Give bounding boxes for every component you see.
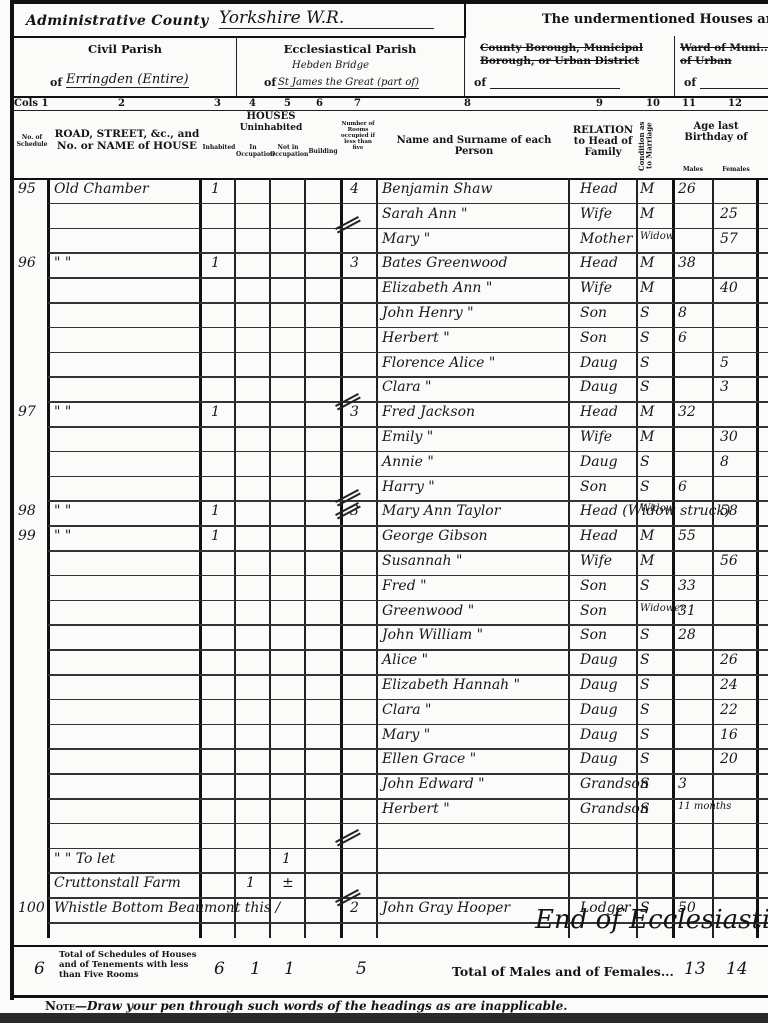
male-age-cell: 26 (678, 181, 696, 197)
col-num: Cols 1 (14, 98, 49, 109)
row-line (48, 674, 768, 676)
row-line (48, 352, 768, 354)
condition-cell: S (640, 305, 650, 321)
schedule-cell: 98 (18, 503, 36, 519)
totals-row: 6 Total of Schedules of Houses and of Te… (14, 945, 768, 998)
row-line (48, 872, 768, 874)
condition-cell: M (640, 553, 654, 569)
relation-cell: Son (580, 578, 607, 594)
schedule-cell: 95 (18, 181, 36, 197)
female-age-cell: 56 (720, 553, 738, 569)
name-cell: Elizabeth Ann " (382, 280, 492, 296)
address-cell: " " (54, 528, 71, 544)
eccl-parish-label: Ecclesiastical Parish (236, 42, 464, 56)
condition-cell: M (640, 280, 654, 296)
condition-cell: M (640, 528, 654, 544)
relation-cell: Daug (580, 702, 618, 718)
rooms-cell: 3 (350, 255, 359, 271)
row-line (48, 575, 768, 577)
condition-cell: S (640, 727, 650, 743)
relation-cell: Wife (580, 429, 612, 445)
eccl-parish-value-2: St James the Great (part of) (278, 77, 419, 89)
row-line (48, 773, 768, 775)
address-cell: Cruttonstall Farm (54, 875, 181, 891)
condition-cell: S (640, 627, 650, 643)
address-cell: " " (54, 255, 71, 271)
row-line (48, 277, 768, 279)
col-num: 7 (354, 98, 361, 109)
relation-cell: Son (580, 330, 607, 346)
condition-cell: M (640, 255, 654, 271)
page-bottom-edge (0, 1013, 768, 1023)
inhabited-cell: 1 (211, 181, 220, 197)
schedule-cell: 96 (18, 255, 36, 271)
address-cell: " " (54, 503, 71, 519)
condition-cell: S (640, 652, 650, 668)
row-line (48, 600, 768, 602)
name-cell: Benjamin Shaw (382, 181, 492, 197)
road-heading: ROAD, STREET, &c., and No. or NAME of HO… (52, 129, 202, 152)
name-cell: Herbert " (382, 801, 450, 817)
admin-county-value: Yorkshire W.R. (219, 8, 434, 29)
tally-mark-icon (335, 829, 359, 843)
condition-cell: Widow (640, 231, 674, 242)
relation-cell: Head (580, 528, 618, 544)
name-cell: Fred Jackson (382, 404, 475, 420)
relation-cell: Daug (580, 355, 618, 371)
condition-cell: M (640, 181, 654, 197)
col-num: 10 (646, 98, 660, 109)
col-num: 8 (464, 98, 471, 109)
eccl-parish-value-1: Hebden Bridge (292, 60, 369, 71)
ward-value (700, 76, 768, 89)
female-age-cell: 3 (720, 379, 729, 395)
address-cell: Old Chamber (54, 181, 149, 197)
row-line (48, 748, 768, 750)
name-cell: Emily " (382, 429, 433, 445)
name-cell: Mary Ann Taylor (382, 503, 500, 519)
schedule-cell: 97 (18, 404, 36, 420)
row-line (48, 550, 768, 552)
relation-cell: Son (580, 627, 607, 643)
in-occupation-heading: In Occupation (236, 145, 270, 158)
census-page: Administrative County Yorkshire W.R. The… (0, 0, 768, 1023)
address-cell: " " To let (54, 851, 115, 867)
admin-county-label: Administrative County (26, 13, 209, 29)
males-heading: Males (674, 167, 712, 174)
row-line (48, 823, 768, 825)
name-cell: Alice " (382, 652, 428, 668)
relation-cell: Daug (580, 727, 618, 743)
col-num: 5 (284, 98, 291, 109)
of-prefix: of (264, 76, 276, 89)
name-cell: Susannah " (382, 553, 462, 569)
row-line (48, 451, 768, 453)
condition-cell: S (640, 578, 650, 594)
female-age-cell: 16 (720, 727, 738, 743)
name-cell: John Henry " (382, 305, 474, 321)
total-inhabited: 6 (214, 959, 225, 979)
row-line (48, 426, 768, 428)
footer-note: Note—Draw your pen through such words of… (45, 999, 567, 1013)
uninhabited-heading: Uninhabited (236, 124, 306, 134)
relation-cell: Son (580, 305, 607, 321)
female-age-cell: 40 (720, 280, 738, 296)
name-cell: Greenwood " (382, 603, 474, 619)
relation-cell: Head (580, 404, 618, 420)
rooms-cell: 2 (350, 900, 359, 916)
col-num: 9 (596, 98, 603, 109)
col-num: 11 (682, 98, 696, 109)
total-in-occupation: 1 (250, 959, 261, 979)
ward-cell: Ward of Muni... or of Urban of (674, 36, 768, 96)
building-heading: Building (306, 149, 340, 156)
male-age-cell: 32 (678, 404, 696, 420)
not-in-occupation-heading: Not in Occupation (270, 145, 306, 158)
name-cell: John Edward " (382, 776, 485, 792)
civil-parish-label: Civil Parish (14, 42, 236, 56)
schedule-heading: No. of Schedule (14, 135, 50, 148)
total-schedules: 6 (34, 959, 45, 979)
total-males: 13 (684, 959, 706, 979)
female-age-cell: 24 (720, 677, 738, 693)
relation-cell: Wife (580, 553, 612, 569)
col-num: 12 (728, 98, 742, 109)
female-age-cell: 25 (720, 206, 738, 222)
schedule-cell: 100 (18, 900, 45, 916)
name-cell: Mary " (382, 231, 430, 247)
age-heading: Age last Birthday of (674, 121, 758, 143)
name-cell: John Gray Hooper (382, 900, 510, 916)
relation-cell: Daug (580, 652, 618, 668)
female-age-cell: 5 (720, 355, 729, 371)
male-age-cell: 6 (678, 330, 687, 346)
of-prefix: of (684, 76, 696, 89)
name-cell: Bates Greenwood (382, 255, 507, 271)
relation-cell: Grandson (580, 776, 649, 792)
female-age-cell: 22 (720, 702, 738, 718)
borough-label: County Borough, Municipal Borough, or Ur… (480, 42, 655, 68)
row-line (48, 897, 768, 899)
of-prefix: of (50, 76, 62, 89)
column-numbers: Cols 1 2 3 4 5 6 7 8 9 10 11 12 (14, 98, 768, 111)
relation-cell: Head (580, 255, 618, 271)
relation-cell: Wife (580, 280, 612, 296)
row-line (48, 848, 768, 850)
census-table: 95Old Chamber14Benjamin ShawHeadM26Sarah… (14, 178, 768, 938)
name-cell: Clara " (382, 379, 431, 395)
total-rooms: 5 (356, 959, 367, 979)
relation-cell: Daug (580, 751, 618, 767)
condition-cell: S (640, 479, 650, 495)
inhabited-cell: 1 (211, 255, 220, 271)
relation-cell: Daug (580, 677, 618, 693)
name-cell: Elizabeth Hannah " (382, 677, 520, 693)
row-line (48, 624, 768, 626)
female-age-cell: 30 (720, 429, 738, 445)
total-males-females-label: Total of Males and of Females... (452, 964, 674, 979)
name-cell: Florence Alice " (382, 355, 495, 371)
condition-cell: S (640, 702, 650, 718)
name-cell: Clara " (382, 702, 431, 718)
condition-cell: Widow (640, 503, 674, 514)
row-line (48, 649, 768, 651)
condition-cell: S (640, 677, 650, 693)
rooms-heading: Number of Rooms occupied if less than fi… (340, 121, 376, 151)
address-cell: " " (54, 404, 71, 420)
address-cell: Whistle Bottom Beaumont this / (54, 900, 280, 916)
name-cell: Sarah Ann " (382, 206, 467, 222)
relation-cell: Son (580, 603, 607, 619)
total-females: 14 (726, 959, 748, 979)
col-num: 6 (316, 98, 323, 109)
civil-parish-cell: Civil Parish of Erringden (Entire) (14, 36, 237, 96)
name-cell: Annie " (382, 454, 434, 470)
row-line (48, 724, 768, 726)
houses-heading: HOUSES (202, 111, 340, 122)
col-num: 3 (214, 98, 221, 109)
name-cell: Harry " (382, 479, 435, 495)
civil-parish-value: Erringden (Entire) (66, 72, 189, 88)
row-line (48, 376, 768, 378)
row-line (48, 252, 768, 254)
borough-cell: County Borough, Municipal Borough, or Ur… (464, 36, 675, 96)
row-line (48, 228, 768, 230)
parish-header-row: Civil Parish of Erringden (Entire) Eccle… (14, 36, 768, 98)
condition-cell: S (640, 751, 650, 767)
male-age-cell: 8 (678, 305, 687, 321)
male-age-cell: 33 (678, 578, 696, 594)
row-line (48, 798, 768, 800)
name-cell: George Gibson (382, 528, 488, 544)
footer-note-prefix: Note (45, 999, 75, 1013)
relation-cell: Daug (580, 379, 618, 395)
female-age-cell: 57 (720, 231, 738, 247)
col-num: 4 (249, 98, 256, 109)
not-in-occupation-cell: 1 (282, 851, 291, 867)
female-age-cell: 8 (720, 454, 729, 470)
total-schedules-label: Total of Schedules of Houses and of Tene… (59, 950, 199, 980)
male-age-cell: 38 (678, 255, 696, 271)
row-line (48, 500, 768, 502)
relation-cell: Head (580, 181, 618, 197)
row-line (48, 203, 768, 205)
row-line (48, 401, 768, 403)
end-of-district-note: End of Ecclesiastical (535, 905, 768, 935)
condition-cell: M (640, 404, 654, 420)
relation-cell: Son (580, 479, 607, 495)
intro-text: The undermentioned Houses are (542, 12, 768, 27)
relation-cell: Grandson (580, 801, 649, 817)
female-age-cell: 20 (720, 751, 738, 767)
schedule-cell: 99 (18, 528, 36, 544)
row-line (48, 302, 768, 304)
col-num: 2 (118, 98, 125, 109)
row-line (48, 699, 768, 701)
male-age-cell: 28 (678, 627, 696, 643)
male-age-cell: 31 (678, 603, 696, 619)
name-cell: Fred " (382, 578, 427, 594)
condition-cell: S (640, 454, 650, 470)
inhabited-cell: 1 (211, 528, 220, 544)
name-cell: Ellen Grace " (382, 751, 476, 767)
relation-heading: RELATION to Head of Family (570, 125, 636, 158)
condition-heading: Condition as to Marriage (638, 121, 670, 171)
male-age-cell: 6 (678, 479, 687, 495)
female-age-cell: 26 (720, 652, 738, 668)
relation-cell: Wife (580, 206, 612, 222)
relation-cell: Daug (580, 454, 618, 470)
condition-cell: S (640, 801, 650, 817)
condition-cell: M (640, 206, 654, 222)
females-heading: Females (714, 167, 758, 174)
row-line (48, 525, 768, 527)
row-line (48, 476, 768, 478)
inhabited-cell: 1 (211, 404, 220, 420)
name-cell: Herbert " (382, 330, 450, 346)
total-not-in-occupation: 1 (284, 959, 295, 979)
rooms-cell: 3 (350, 404, 359, 420)
female-age-cell: 58 (720, 503, 738, 519)
condition-cell: M (640, 429, 654, 445)
not-in-occupation-cell: ± (282, 875, 294, 891)
borough-value (490, 76, 620, 89)
male-age-cell: 3 (678, 776, 687, 792)
male-age-cell: 11 months (678, 801, 731, 812)
ward-label: Ward of Muni... or of Urban (680, 42, 768, 68)
inhabited-heading: Inhabited (202, 145, 236, 152)
condition-cell: S (640, 330, 650, 346)
condition-cell: S (640, 355, 650, 371)
footer-note-text: —Draw your pen through such words of the… (75, 999, 567, 1013)
eccl-parish-cell: Ecclesiastical Parish Hebden Bridge of S… (236, 36, 465, 96)
admin-county-box: Administrative County Yorkshire W.R. (14, 4, 466, 38)
row-line (48, 327, 768, 329)
rooms-cell: 4 (350, 181, 359, 197)
condition-cell: S (640, 379, 650, 395)
relation-cell: Mother (580, 231, 632, 247)
name-cell: John William " (382, 627, 483, 643)
inhabited-cell: 1 (211, 503, 220, 519)
of-prefix: of (474, 76, 486, 89)
name-cell: Mary " (382, 727, 430, 743)
male-age-cell: 55 (678, 528, 696, 544)
in-occupation-cell: 1 (246, 875, 255, 891)
condition-cell: S (640, 776, 650, 792)
column-headings: No. of Schedule ROAD, STREET, &c., and N… (14, 111, 768, 180)
name-heading: Name and Surname of each Person (384, 135, 564, 157)
